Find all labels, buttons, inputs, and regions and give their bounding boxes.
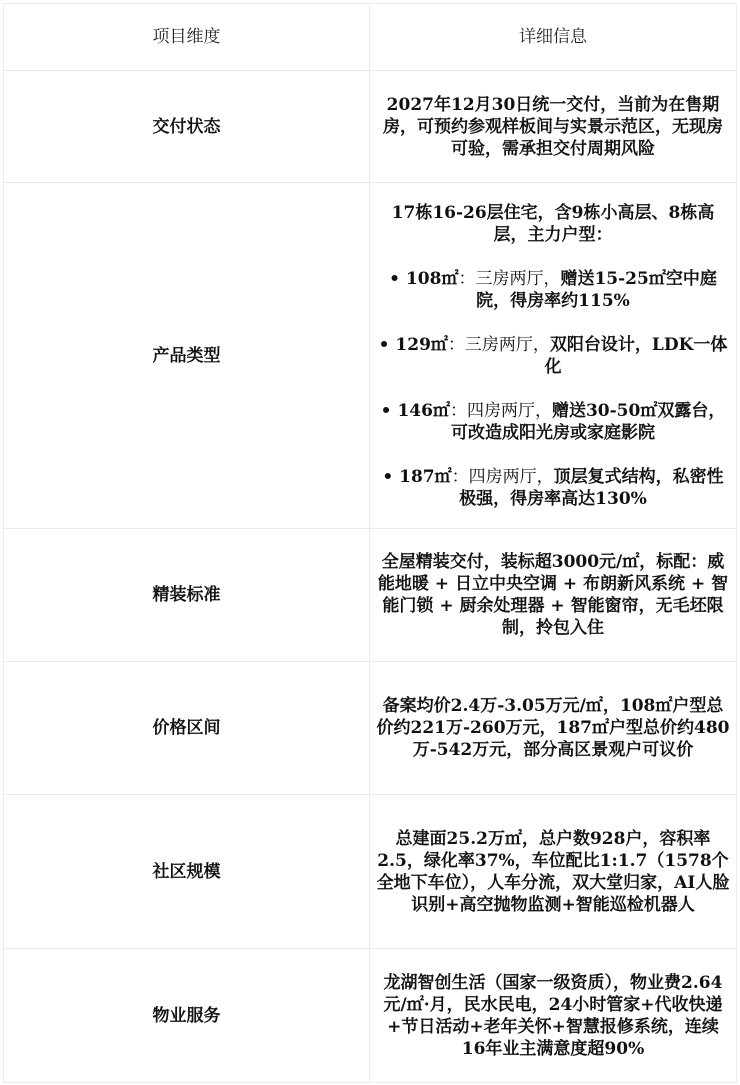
- unit-type: ：四房两厅，: [450, 401, 552, 421]
- unit-item: • 146㎡：四房两厅，赠送30-50㎡双露台，可改造成阳光房或家庭影院: [376, 400, 730, 444]
- unit-size: 129㎡: [395, 335, 448, 355]
- unit-size: 146㎡: [397, 401, 450, 421]
- row-detail: 17栋16-26层住宅，含9栋小高层、8栋高层，主力户型： • 108㎡：三房两…: [370, 183, 737, 529]
- unit-type: ：四房两厅，: [452, 467, 554, 487]
- header-details: 详细信息: [370, 4, 737, 71]
- bullet: •: [379, 335, 390, 355]
- row-label: 价格区间: [4, 662, 370, 795]
- table-row-property-service: 物业服务 龙湖智创生活（国家一级资质），物业费2.64元/㎡·月，民水民电，24…: [4, 949, 737, 1083]
- table-header-row: 项目维度 详细信息: [4, 4, 737, 71]
- unit-type: ：三房两厅，: [458, 269, 560, 289]
- row-detail: 备案均价2.4万-3.05万元/㎡，108㎡户型总价约221万-260万元，18…: [370, 662, 737, 795]
- product-intro: 17栋16-26层住宅，含9栋小高层、8栋高层，主力户型：: [376, 202, 730, 246]
- unit-item: • 187㎡：四房两厅，顶层复式结构，私密性极强，得房率高达130%: [376, 466, 730, 510]
- row-label: 精装标准: [4, 529, 370, 662]
- table-row-finishing: 精装标准 全屋精装交付，装标超3000元/㎡，标配：威能地暖 + 日立中央空调 …: [4, 529, 737, 662]
- table-row-delivery: 交付状态 2027年12月30日统一交付，当前为在售期房，可预约参观样板间与实景…: [4, 71, 737, 183]
- row-detail: 龙湖智创生活（国家一级资质），物业费2.64元/㎡·月，民水民电，24小时管家+…: [370, 949, 737, 1083]
- row-label: 产品类型: [4, 183, 370, 529]
- table-row-product-type: 产品类型 17栋16-26层住宅，含9栋小高层、8栋高层，主力户型： • 108…: [4, 183, 737, 529]
- bullet: •: [381, 401, 392, 421]
- row-detail: 总建面25.2万㎡，总户数928户，容积率2.5，绿化率37%，车位配比1:1.…: [370, 795, 737, 949]
- unit-feature: 双阳台设计，LDK一体化: [545, 335, 728, 377]
- bullet: •: [382, 467, 393, 487]
- unit-type: ：三房两厅，: [448, 335, 550, 355]
- row-detail: 2027年12月30日统一交付，当前为在售期房，可预约参观样板间与实景示范区，无…: [370, 71, 737, 183]
- unit-size: 108㎡: [406, 269, 459, 289]
- unit-item: • 108㎡：三房两厅，赠送15-25㎡空中庭院，得房率约115%: [376, 268, 730, 312]
- header-dimension: 项目维度: [4, 4, 370, 71]
- row-label: 社区规模: [4, 795, 370, 949]
- unit-size: 187㎡: [399, 467, 452, 487]
- table-row-price: 价格区间 备案均价2.4万-3.05万元/㎡，108㎡户型总价约221万-260…: [4, 662, 737, 795]
- project-info-table-wrapper: 项目维度 详细信息 交付状态 2027年12月30日统一交付，当前为在售期房，可…: [3, 3, 736, 1083]
- bullet: •: [389, 269, 400, 289]
- row-label: 物业服务: [4, 949, 370, 1083]
- table-row-community: 社区规模 总建面25.2万㎡，总户数928户，容积率2.5，绿化率37%，车位配…: [4, 795, 737, 949]
- project-info-table: 项目维度 详细信息 交付状态 2027年12月30日统一交付，当前为在售期房，可…: [3, 3, 737, 1083]
- row-label: 交付状态: [4, 71, 370, 183]
- row-detail: 全屋精装交付，装标超3000元/㎡，标配：威能地暖 + 日立中央空调 + 布朗新…: [370, 529, 737, 662]
- unit-item: • 129㎡：三房两厅，双阳台设计，LDK一体化: [376, 334, 730, 378]
